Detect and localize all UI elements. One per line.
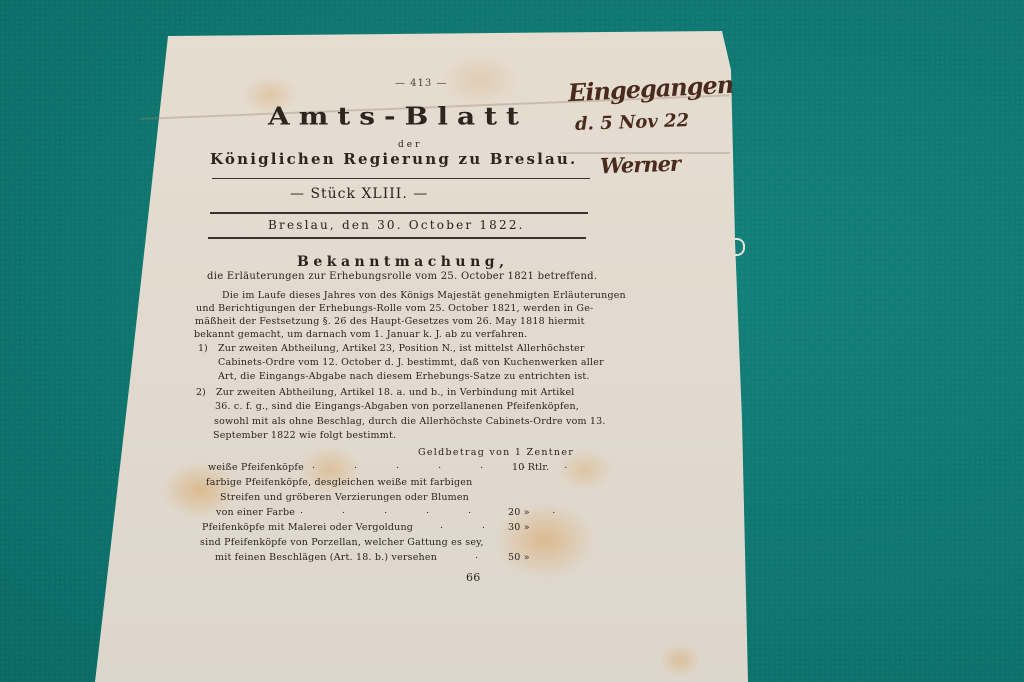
table-row-amount: 20 » xyxy=(508,507,530,518)
table-row-label: Streifen und gröberen Verzierungen oder … xyxy=(220,492,469,503)
document-content: — 413 — Amts-Blatt der Königlichen Regie… xyxy=(0,0,1024,682)
table-row-leader: . xyxy=(475,550,496,561)
table-row-label: mit feinen Beschlägen (Art. 18. b.) vers… xyxy=(215,552,437,563)
table-row-label: sind Pfeifenköpfe von Porzellan, welcher… xyxy=(200,537,484,548)
intro-line: Die im Laufe dieses Jahres von des König… xyxy=(222,290,626,301)
item-line: Zur zweiten Abtheilung, Artikel 18. a. u… xyxy=(216,387,575,398)
item-line: September 1822 wie folgt bestimmt. xyxy=(213,430,396,441)
table-row-amount: 10 Rtlr. xyxy=(512,462,549,473)
table-row-label: Pfeifenköpfe mit Malerei oder Vergoldung xyxy=(202,522,413,533)
table-row-label: weiße Pfeifenköpfe xyxy=(208,462,304,473)
item-line: Art, die Eingangs-Abgabe nach diesem Erh… xyxy=(218,371,590,382)
page-number: — 413 — xyxy=(395,78,447,89)
table-row-label: farbige Pfeifenköpfe, desgleichen weiße … xyxy=(206,477,472,488)
notice-subheading: die Erläuterungen zur Erhebungsrolle vom… xyxy=(207,271,597,282)
notice-heading: Bekanntmachung, xyxy=(297,254,508,270)
handwritten-date-note: d. 5 Nov 22 xyxy=(575,110,690,135)
table-row-leader: . . xyxy=(440,520,503,531)
intro-line: mäßheit der Festsetzung §. 26 des Haupt-… xyxy=(195,316,585,327)
table-column-header: Geldbetrag von 1 Zentner xyxy=(418,447,574,458)
masthead-subtitle: Königlichen Regierung zu Breslau. xyxy=(210,150,577,168)
item-marker: 2) xyxy=(196,387,206,398)
masthead-title: Amts-Blatt xyxy=(268,102,528,130)
handwritten-received-note: Eingegangen xyxy=(567,70,733,108)
table-row-leader: . . . . . . . xyxy=(300,505,573,516)
masthead-der: der xyxy=(398,140,422,150)
rule-top xyxy=(212,178,590,179)
rule-double-1 xyxy=(210,212,588,214)
item-line: sowohl mit als ohne Beschlag, durch die … xyxy=(214,416,606,427)
item-marker: 1) xyxy=(198,343,208,354)
table-row-amount: 50 » xyxy=(508,552,530,563)
intro-line: und Berichtigungen der Erhebungs-Rolle v… xyxy=(196,303,593,314)
item-line: Zur zweiten Abtheilung, Artikel 23, Posi… xyxy=(218,343,585,354)
item-line: 36. c. f. g., sind die Eingangs-Abgaben … xyxy=(215,401,579,412)
intro-line: bekannt gemacht, um darnach vom 1. Janua… xyxy=(194,329,527,340)
handwritten-signature: Werner xyxy=(600,151,681,179)
dateline: Breslau, den 30. October 1822. xyxy=(268,218,525,232)
rule-double-2 xyxy=(208,237,586,239)
table-row-amount: 30 » xyxy=(508,522,530,533)
signature-mark: 66 xyxy=(466,571,480,584)
table-row-label: von einer Farbe xyxy=(216,507,295,518)
item-line: Cabinets-Ordre vom 12. October d. J. bes… xyxy=(218,357,604,368)
issue-number: — Stück XLIII. — xyxy=(290,186,428,202)
